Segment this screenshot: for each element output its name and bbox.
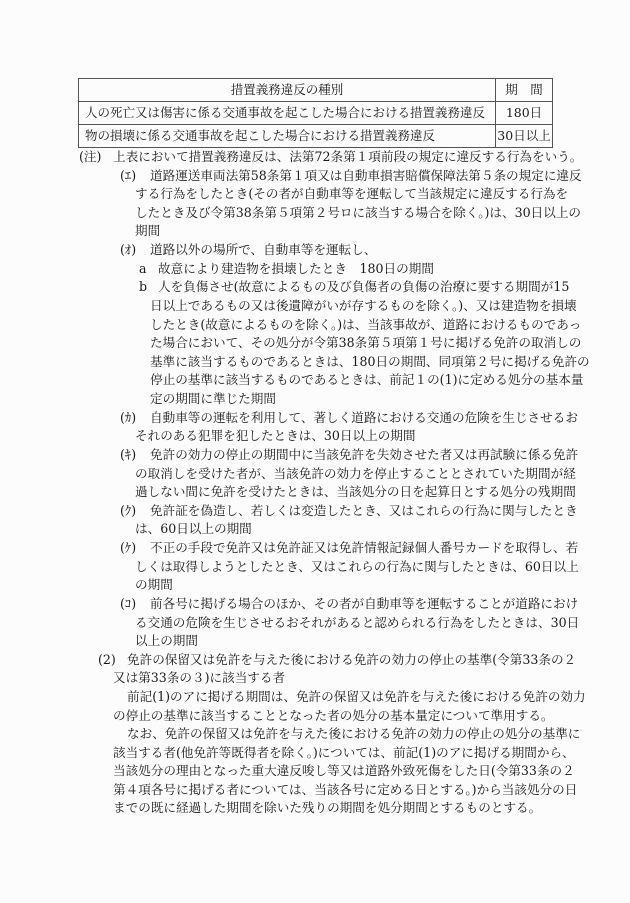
item-o-b-line: 人を負傷させ(故意によるもの及び負傷者の負傷の治療に要する期間が15 [158,278,552,296]
item-ki-line: 免許の効力の停止の期間中に当該免許を失効させた者又は再試験に係る免許 [150,446,552,464]
table-header-row: 措置義務違反の種別 期 間 [79,79,553,102]
item-ka-label: (ｶ) [120,409,136,427]
table-row: 人の死亡又は傷害に係る交通事故を起こした場合における措置義務違反 180日 [79,102,553,125]
row-kind: 物の損壊に係る交通事故を起こした場合における措置義務違反 [79,125,496,148]
section2-para2-line: 当該処分の理由となった重大違反唆し等又は道路外致死傷をした日(令第33条の２ [113,762,552,780]
item-o-b-line: 基準に該当するものであるときは、180日の期間、同項第２号に掲げる免許の [150,353,552,371]
item-o-b-line: 定の期間に準じた期間 [150,390,276,408]
section2-para2-line: までの既に経過した期間を除いた残りの期間を処分期間とするものとする。 [113,799,541,817]
item-o-b-label: b [139,278,147,296]
item-ka-line: それのある犯罪を犯したときは、30日以上の期間 [135,427,416,445]
section2-para2-line: 第４項各号に掲げる者については、当該各号に定める日とする。)から当該処分の日 [113,781,552,799]
item-ke-label: (ｹ) [120,539,136,557]
section2-heading-line: 又は第33条の３)に該当する者 [113,669,285,687]
item-o-b-line: 日以上であるもの又は後遺障がいが存するものを除く。)、又は建造物を損壊 [150,297,552,315]
item-o-label: (ｵ) [120,241,136,259]
section2-label: (2) [98,651,116,669]
item-ke-line: しくは取得しようとしたとき、又はこれらの行為に関与したときは、60日以上 [135,558,552,576]
section2-para2-line: なお、免許の保留又は免許を与えた後における免許の効力の停止の処分の基準に [127,725,552,743]
item-ki-line: の取消しを受けた者が、当該免許の効力を停止することとされていた期間が経 [135,465,552,483]
header-period: 期 間 [496,79,553,102]
item-ku-label: (ｸ) [120,502,136,520]
row-period: 30日以上 [496,125,553,148]
item-ko-line: る交通の危険を生じさせるおそれがあると認められる行為をしたときは、30日 [135,614,552,632]
document-page: 措置義務違反の種別 期 間 人の死亡又は傷害に係る交通事故を起こした場合における… [0,0,630,903]
section2-para2-line: 該当する者(他免許等既得者を除く。)については、前記(1)のアに掲げる期間から、 [113,744,552,762]
section2-heading-line: 免許の保留又は免許を与えた後における免許の効力の停止の基準(令第33条の２ [127,651,552,669]
item-o-a-line: 故意により建造物を損壊したとき 180日の期間 [158,260,434,278]
note-text: 上表において措置義務違反は、法第72条第１項前段の規定に違反する行為をいう。 [113,148,582,166]
row-period: 180日 [496,102,553,125]
item-ku-line: 免許証を偽造し、若しくは変造したとき、又はこれらの行為に関与したとき [150,502,552,520]
section2-para1-line: 前記(1)のアに掲げる期間は、免許の保留又は免許を与えた後における免許の効力 [127,688,552,706]
item-o-b-line: 停止の基準に該当するものであるときは、前記１の(1)に定める処分の基本量 [150,371,552,389]
item-ka-line: 自動車等の運転を利用して、著しく道路における交通の危険を生じさせるお [150,409,552,427]
item-ku-line: は、60日以上の期間 [135,520,252,538]
violation-period-table: 措置義務違反の種別 期 間 人の死亡又は傷害に係る交通事故を起こした場合における… [78,78,553,148]
item-e-line: 道路運送車両法第58条第１項又は自動車損害賠償保障法第５条の規定に違反 [150,167,552,185]
section2-para1-line: の停止の基準に該当することとなった者の処分の基本量定について準用する。 [113,707,554,725]
row-kind: 人の死亡又は傷害に係る交通事故を起こした場合における措置義務違反 [79,102,496,125]
item-e-line: 期間 [135,222,160,240]
table-row: 物の損壊に係る交通事故を起こした場合における措置義務違反 30日以上 [79,125,553,148]
item-e-label: (ｴ) [120,167,136,185]
note-label: (注) [79,148,101,166]
item-o-line: 道路以外の場所で、自動車等を運転し、 [150,241,376,259]
item-o-a-label: a [139,260,147,278]
item-ke-line: 不正の手段で免許又は免許証又は免許情報記録個人番号カードを取得し、若 [150,539,552,557]
item-ko-line: 前各号に掲げる場合のほか、その者が自動車等を運転することが道路におけ [150,595,552,613]
item-ko-line: 以上の期間 [135,632,198,650]
item-o-b-line: た場合において、その処分が令第38条第５項第１号に掲げる免許の取消しの [150,334,552,352]
item-ki-line: 過しない間に免許を受けたときは、当該処分の日を起算日とする処分の残期間 [135,483,552,501]
item-ke-line: の期間 [135,576,173,594]
item-ki-label: (ｷ) [120,446,136,464]
item-o-b-line: したとき(故意によるものを除く。)は、当該事故が、道路におけるものであっ [150,316,552,334]
header-kind: 措置義務違反の種別 [79,79,496,102]
item-e-line: する行為をしたとき(その者が自動車等を運転して当該規定に違反する行為を [135,185,552,203]
item-ko-label: (ｺ) [120,595,136,613]
item-e-line: したとき及び令第38条第５項第２号ロに該当する場合を除く。)は、30日以上の [135,204,552,222]
